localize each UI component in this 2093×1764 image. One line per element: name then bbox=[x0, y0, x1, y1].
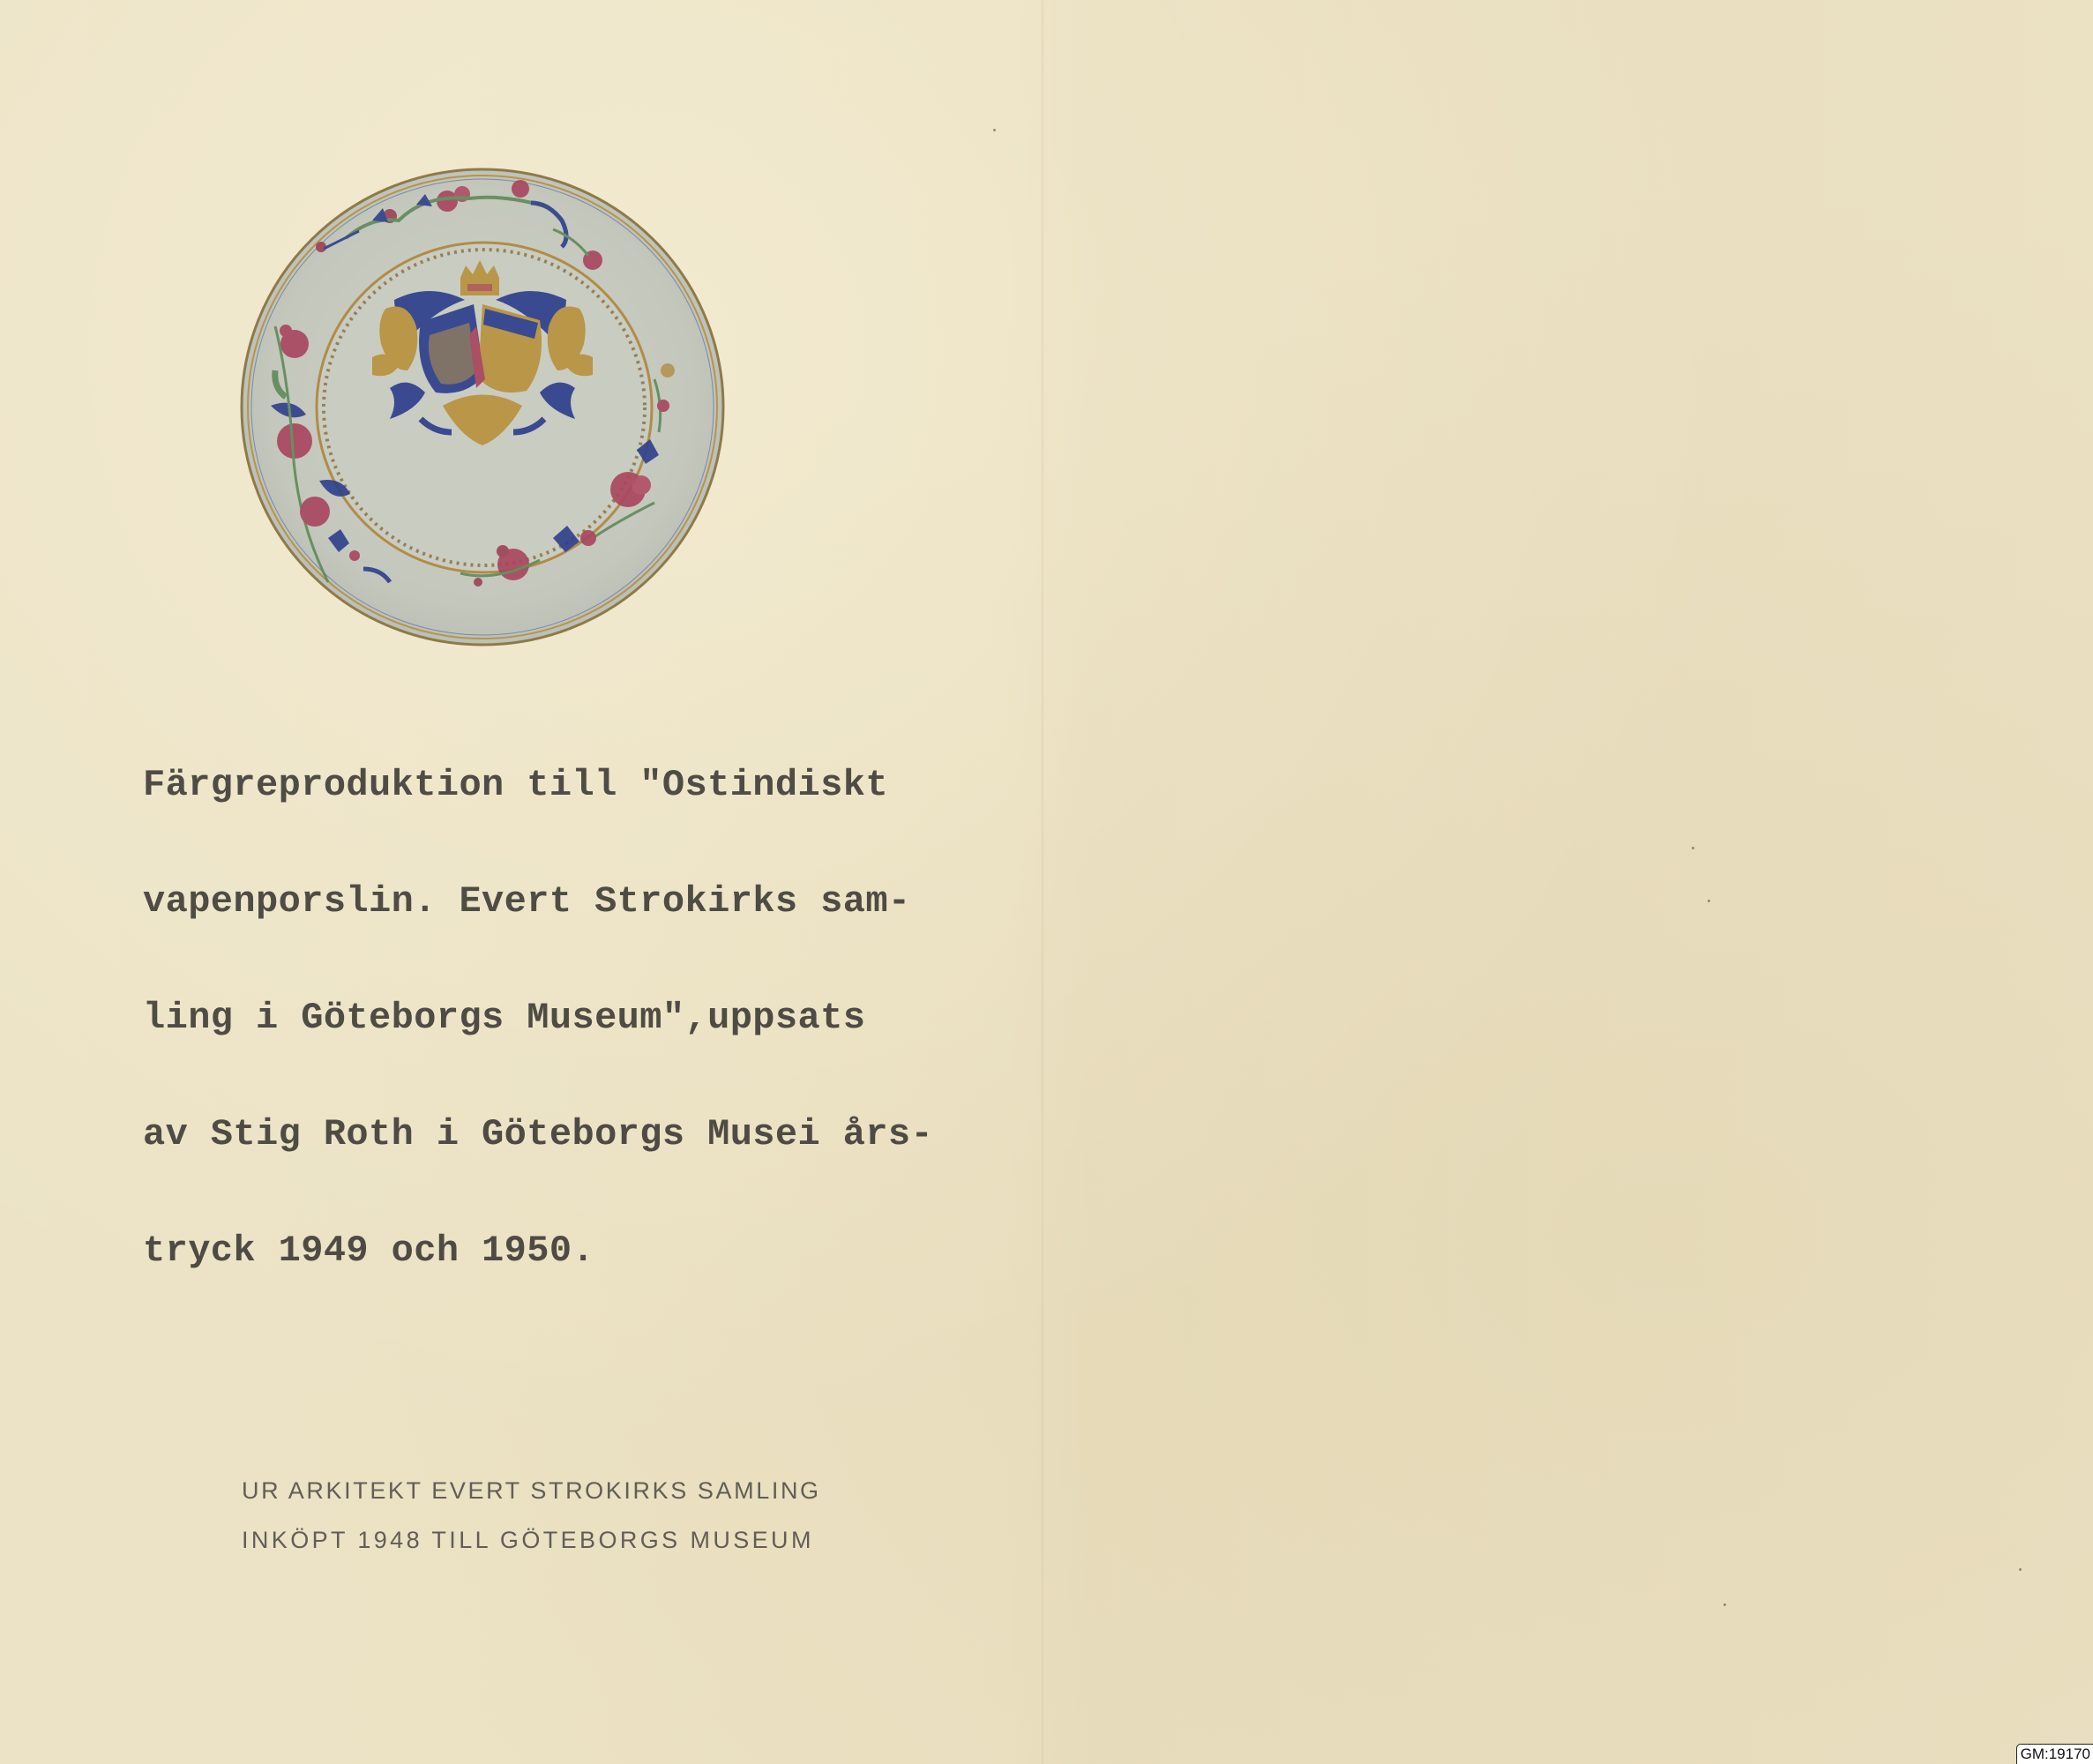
armorial-plate-illustration bbox=[240, 168, 725, 647]
archive-card-page: Färgreproduktion till "Ostindiskt vapenp… bbox=[0, 0, 2093, 1764]
page-fold bbox=[1041, 0, 1044, 1764]
paper-speck bbox=[1723, 1603, 1726, 1606]
archive-id-label: GM:19170 bbox=[2016, 1744, 2093, 1764]
caption-line: vapenporslin. Evert Strokirks sam- bbox=[143, 882, 933, 921]
paper-speck bbox=[2019, 1568, 2022, 1571]
plate-image bbox=[240, 168, 725, 647]
caption-line: Färgreproduktion till "Ostindiskt bbox=[143, 766, 933, 804]
provenance-stamp: UR ARKITEKT EVERT STROKIRKS SAMLING INKÖ… bbox=[242, 1466, 821, 1565]
caption-line: tryck 1949 och 1950. bbox=[143, 1231, 933, 1270]
stamp-line: UR ARKITEKT EVERT STROKIRKS SAMLING bbox=[242, 1466, 821, 1515]
paper-speck bbox=[1708, 900, 1710, 902]
paper-speck bbox=[1692, 847, 1694, 849]
caption-line: av Stig Roth i Göteborgs Musei års- bbox=[143, 1115, 933, 1154]
caption-line: ling i Göteborgs Museum",uppsats bbox=[143, 998, 933, 1037]
stamp-line: INKÖPT 1948 TILL GÖTEBORGS MUSEUM bbox=[242, 1515, 821, 1565]
paper-speck bbox=[993, 129, 996, 131]
typewritten-caption: Färgreproduktion till "Ostindiskt vapenp… bbox=[143, 688, 933, 1348]
